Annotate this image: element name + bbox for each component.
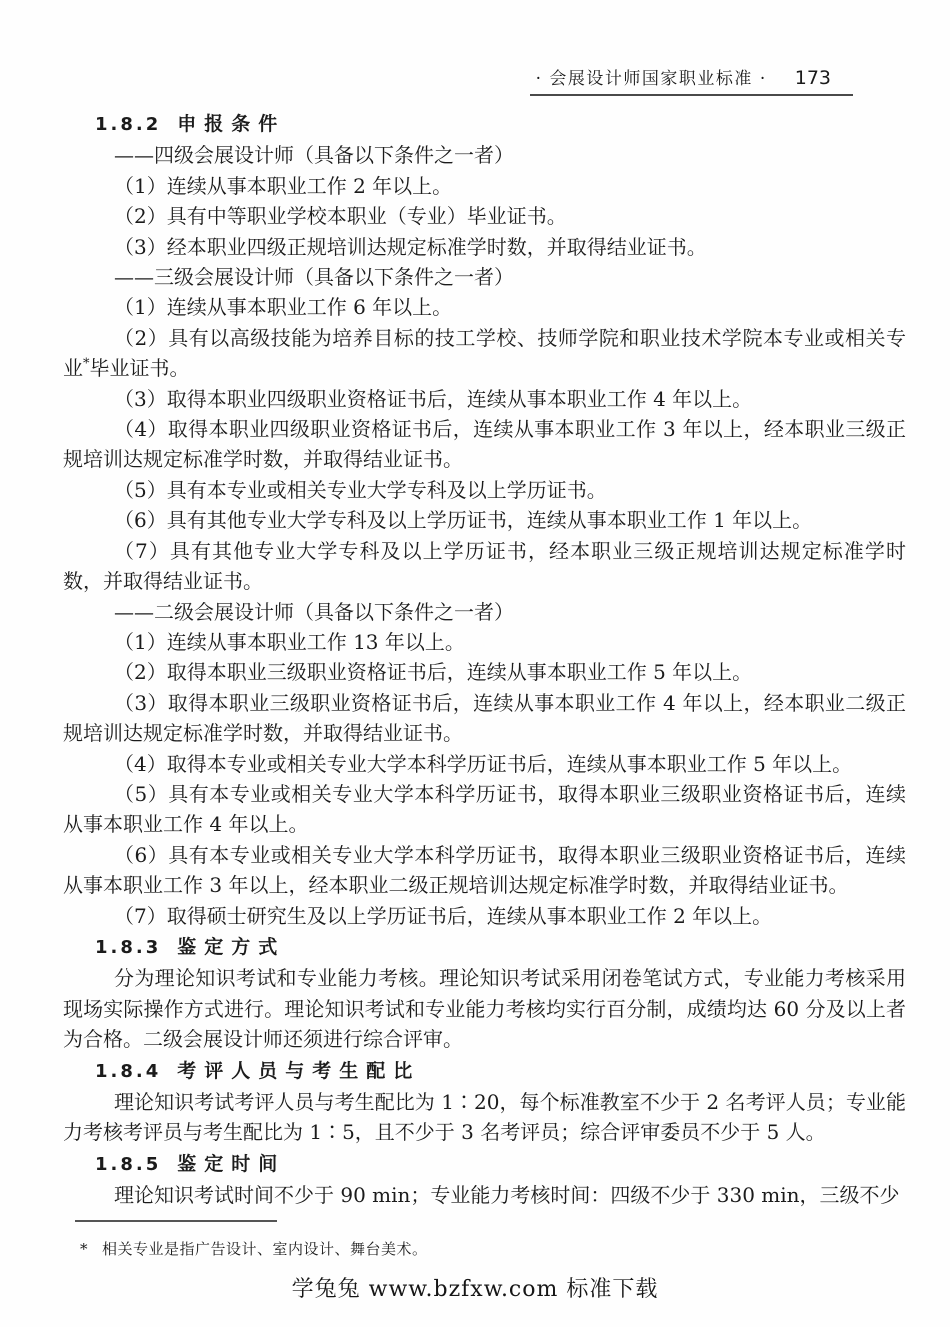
paragraph: 理论知识考试考评人员与考生配比为 1∶20，每个标准教室不少于 2 名考评人员；… [63, 1087, 906, 1148]
footnote-separator-rule [75, 1220, 277, 1222]
paragraph: （1）连续从事本职业工作 13 年以上。 [63, 627, 906, 657]
paragraph: （2）取得本职业三级职业资格证书后，连续从事本职业工作 5 年以上。 [63, 657, 906, 687]
paragraph: （5）具有本专业或相关专业大学本科学历证书，取得本职业三级职业资格证书后，连续从… [63, 779, 906, 840]
paragraph: （2）具有中等职业学校本职业（专业）毕业证书。 [63, 201, 906, 231]
section-heading-1-8-5: 1.8.5鉴定时间 [63, 1148, 906, 1180]
paragraph: （6）具有其他专业大学专科及以上学历证书，连续从事本职业工作 1 年以上。 [63, 505, 906, 535]
paragraph: （1）连续从事本职业工作 6 年以上。 [63, 292, 906, 322]
section-title: 鉴定方式 [177, 936, 285, 958]
footnote-marker: * [80, 1240, 88, 1258]
paragraph: （3）取得本职业三级职业资格证书后，连续从事本职业工作 4 年以上，经本职业二级… [63, 688, 906, 749]
running-header: · 会展设计师国家职业标准 · 173 [530, 64, 853, 96]
paragraph: ——二级会展设计师（具备以下条件之一者） [63, 597, 906, 627]
paragraph: （5）具有本专业或相关专业大学专科及以上学历证书。 [63, 475, 906, 505]
document-body: 1.8.2申报条件 ——四级会展设计师（具备以下条件之一者） （1）连续从事本职… [63, 108, 906, 1211]
paragraph: 理论知识考试时间不少于 90 min；专业能力考核时间：四级不少于 330 mi… [63, 1180, 906, 1210]
paragraph: （4）取得本职业四级职业资格证书后，连续从事本职业工作 3 年以上，经本职业三级… [63, 414, 906, 475]
paragraph: （3）取得本职业四级职业资格证书后，连续从事本职业工作 4 年以上。 [63, 384, 906, 414]
section-heading-1-8-3: 1.8.3鉴定方式 [63, 931, 906, 963]
paragraph-text: 毕业证书。 [90, 356, 190, 380]
section-number: 1.8.5 [95, 1154, 161, 1175]
paragraph: （1）连续从事本职业工作 2 年以上。 [63, 171, 906, 201]
section-number: 1.8.4 [95, 1061, 161, 1082]
header-title: · 会展设计师国家职业标准 · [536, 64, 767, 89]
section-number: 1.8.2 [95, 114, 161, 135]
section-heading-1-8-4: 1.8.4考评人员与考生配比 [63, 1055, 906, 1087]
footnote: *相关专业是指广告设计、室内设计、舞台美术。 [80, 1238, 428, 1259]
document-page: · 会展设计师国家职业标准 · 173 1.8.2申报条件 ——四级会展设计师（… [0, 0, 950, 1327]
paragraph: ——三级会展设计师（具备以下条件之一者） [63, 262, 906, 292]
footnote-text: 相关专业是指广告设计、室内设计、舞台美术。 [102, 1240, 428, 1258]
paragraph: （3）经本职业四级正规培训达规定标准学时数，并取得结业证书。 [63, 232, 906, 262]
paragraph: （6）具有本专业或相关专业大学本科学历证书，取得本职业三级职业资格证书后，连续从… [63, 840, 906, 901]
paragraph: （7）具有其他专业大学专科及以上学历证书，经本职业三级正规培训达规定标准学时数，… [63, 536, 906, 597]
section-title: 考评人员与考生配比 [177, 1060, 420, 1082]
paragraph: 分为理论知识考试和专业能力考核。理论知识考试采用闭卷笔试方式，专业能力考核采用现… [63, 963, 906, 1054]
paragraph: （7）取得硕士研究生及以上学历证书后，连续从事本职业工作 2 年以上。 [63, 901, 906, 931]
paragraph: （4）取得本专业或相关专业大学本科学历证书后，连续从事本职业工作 5 年以上。 [63, 749, 906, 779]
watermark-footer: 学兔兔 www.bzfxw.com 标准下载 [0, 1272, 950, 1303]
section-title: 申报条件 [177, 113, 285, 135]
page-number: 173 [795, 67, 831, 89]
section-title: 鉴定时间 [177, 1153, 285, 1175]
paragraph: ——四级会展设计师（具备以下条件之一者） [63, 140, 906, 170]
section-heading-1-8-2: 1.8.2申报条件 [63, 108, 906, 140]
paragraph-with-footnote-ref: （2）具有以高级技能为培养目标的技工学校、技师学院和职业技术学院本专业或相关专业… [63, 323, 906, 384]
section-number: 1.8.3 [95, 937, 161, 958]
